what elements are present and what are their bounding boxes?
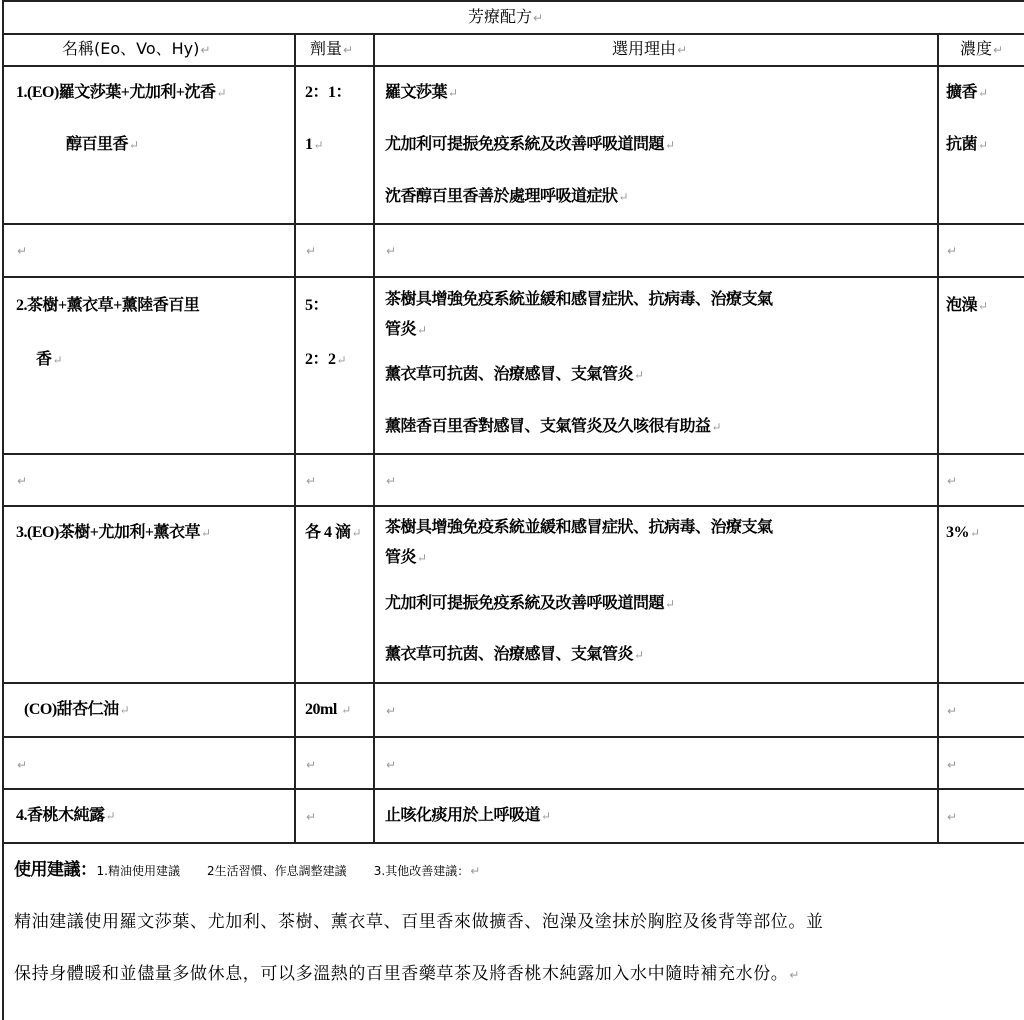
- row5-name-line1: 3.(EO)茶樹+尤加利+薰衣草↵: [16, 523, 211, 543]
- empty-cell: ↵: [946, 754, 957, 775]
- row-border: [2, 505, 1024, 507]
- row5-reason-line3: 尤加利可提振免疫系統及改善呼吸道問題↵: [385, 594, 675, 614]
- row8-name-line1: 4.香桃木純露↵: [16, 806, 115, 826]
- row3-dose-line2: 2：2↵: [305, 350, 346, 370]
- header-reason: 選用理由↵: [612, 39, 687, 60]
- row5-conc-line1: 3%↵: [946, 523, 980, 543]
- row1-name-line2: 醇百里香↵: [66, 135, 139, 155]
- empty-cell: ↵: [305, 470, 316, 491]
- col-border: [373, 33, 375, 843]
- usage-item1: 1.精油使用建議: [97, 864, 180, 878]
- row3-reason-line1: 茶樹具增強免疫系統並緩和感冒症狀、抗病毒、治療支氣: [385, 290, 773, 310]
- table-title: 芳療配方↵: [468, 7, 543, 28]
- usage-item2: 2生活習慣、作息調整建議: [207, 864, 347, 878]
- row3-dose-line1: 5：: [305, 296, 328, 316]
- row3-reason-line4: 薰陸香百里香對感冒、支氣管炎及久咳很有助益↵: [385, 417, 721, 437]
- row1-name-line1: 1.(EO)羅文莎葉+尤加利+沈香↵: [16, 83, 226, 103]
- row1-dose-line2: 1↵: [305, 135, 323, 155]
- row8-reason-line1: 止咳化痰用於上呼吸道↵: [385, 806, 551, 826]
- header-dose: 劑量↵: [310, 39, 353, 60]
- empty-cell: ↵: [16, 240, 27, 261]
- row5-reason-line4: 薰衣草可抗茵、治療感冒、支氣管炎↵: [385, 645, 644, 665]
- row1-reason-line3: 沈香醇百里香善於處理呼吸道症狀↵: [385, 187, 628, 207]
- row1-conc-line2: 抗菌↵: [946, 135, 988, 155]
- table-border-header: [2, 65, 1024, 67]
- row6-name-line1: (CO)甜杏仁油↵: [24, 700, 129, 720]
- empty-cell: ↵: [385, 470, 396, 491]
- row-border: [2, 736, 1024, 738]
- empty-cell: ↵: [385, 240, 396, 261]
- header-name: 名稱(Eo、Vo、Hy)↵: [62, 39, 210, 60]
- table-border-title: [2, 33, 1024, 35]
- empty-cell: ↵: [16, 754, 27, 775]
- row1-reason-line2: 尤加利可提振免疫系統及改善呼吸道問題↵: [385, 135, 675, 155]
- row-border: [2, 223, 1024, 225]
- empty-cell: ↵: [305, 240, 316, 261]
- usage-label: 使用建議：: [14, 860, 97, 879]
- row3-name-line1: 2.茶樹+薰衣草+薰陸香百里: [16, 296, 199, 316]
- table-border-left: [2, 0, 4, 1020]
- row5-reason-line2: 管炎↵: [385, 548, 427, 568]
- row3-name-line2: 香↵: [36, 350, 62, 370]
- row-border: [2, 788, 1024, 790]
- row3-conc-line1: 泡澡↵: [946, 296, 988, 316]
- row1-dose-line1: 2：1：: [305, 83, 351, 103]
- empty-cell: ↵: [16, 470, 27, 491]
- row5-reason-line1: 茶樹具增強免疫系統並緩和感冒症狀、抗病毒、治療支氣: [385, 518, 773, 538]
- usage-header: 使用建議：1.精油使用建議 2生活習慣、作息調整建議 3.其他改善建議：↵: [14, 860, 480, 881]
- usage-line1: 精油建議使用羅文莎葉、尤加利、茶樹、薰衣草、百里香來做擴香、泡澡及塗抹於胸腔及後…: [14, 912, 824, 932]
- empty-cell: ↵: [305, 754, 316, 775]
- empty-cell: ↵: [946, 470, 957, 491]
- row-border: [2, 276, 1024, 278]
- row-border: [2, 453, 1024, 455]
- header-concentration: 濃度↵: [960, 39, 1003, 60]
- row3-reason-line2: 管炎↵: [385, 320, 427, 340]
- col-border: [294, 33, 296, 843]
- row6-dose-line1: 20ml ↵: [305, 700, 351, 720]
- empty-cell: ↵: [946, 806, 957, 827]
- usage-item3: 3.其他改善建議：: [374, 864, 469, 878]
- empty-cell: ↵: [946, 700, 957, 721]
- empty-cell: ↵: [385, 754, 396, 775]
- empty-cell: ↵: [385, 700, 396, 721]
- row-border: [2, 842, 1024, 844]
- empty-cell: ↵: [946, 240, 957, 261]
- usage-line2: 保持身體暖和並儘量多做休息，可以多溫熱的百里香藥草茶及將香桃木純露加入水中隨時補…: [14, 964, 800, 985]
- empty-cell: ↵: [305, 806, 316, 827]
- row1-reason-line1: 羅文莎葉↵: [385, 83, 458, 103]
- table-border-top: [2, 0, 1024, 2]
- row1-conc-line1: 擴香↵: [946, 83, 988, 103]
- col-border: [937, 33, 939, 843]
- row5-dose-line1: 各 4 滴↵: [305, 523, 361, 543]
- row-border: [2, 682, 1024, 684]
- row3-reason-line3: 薰衣草可抗茵、治療感冒、支氣管炎↵: [385, 365, 644, 385]
